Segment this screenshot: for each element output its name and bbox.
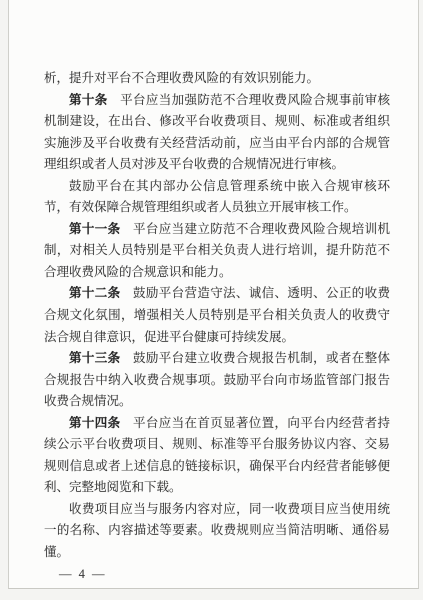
paragraph-article-14: 第十四条平台应当在首页显著位置，向平台内经营者持续公示平台收费项目、规则、标准等… [44,413,390,499]
paragraph-continuation: 析，提升对平台不合理收费风险的有效识别能力。 [44,68,390,90]
article-number-label: 第十条 [69,93,108,107]
document-body: 析，提升对平台不合理收费风险的有效识别能力。 第十条平台应当加强防范不合理收费风… [44,68,390,586]
paragraph-text: 收费项目应当与服务内容对应，同一收费项目应当使用统一的名称、内容描述等要素。收费… [44,502,390,559]
paragraph-article-13: 第十三条鼓励平台建立收费合规报告机制，或者在整体合规报告中纳入收费合规事项。鼓励… [44,348,390,413]
article-number-label: 第十二条 [69,286,120,300]
scanned-document: 析，提升对平台不合理收费风险的有效识别能力。 第十条平台应当加强防范不合理收费风… [0,0,423,600]
paragraph-article-10: 第十条平台应当加强防范不合理收费风险合规事前审核机制建设，在出台、修改平台收费项… [44,90,390,176]
article-number-label: 第十三条 [69,351,120,365]
paragraph-article-11: 第十一条平台应当建立防范不合理收费风险合规培训机制，对相关人员特别是平台相关负责… [44,219,390,284]
paragraph-text: 析，提升对平台不合理收费风险的有效识别能力。 [44,71,319,85]
paragraph-text: 鼓励平台在其内部办公信息管理系统中嵌入合规审核环节，有效保障合规管理组织或者人员… [44,179,390,215]
paragraph-article-12: 第十二条鼓励平台营造守法、诚信、透明、公正的收费合规文化氛围，增强相关人员特别是… [44,283,390,348]
page-number: — 4 — [44,564,390,586]
paragraph-fee-items: 收费项目应当与服务内容对应，同一收费项目应当使用统一的名称、内容描述等要素。收费… [44,499,390,564]
article-number-label: 第十一条 [69,222,120,236]
article-number-label: 第十四条 [69,416,120,430]
paragraph-encourage-audit: 鼓励平台在其内部办公信息管理系统中嵌入合规审核环节，有效保障合规管理组织或者人员… [44,176,390,219]
document-page: 析，提升对平台不合理收费风险的有效识别能力。 第十条平台应当加强防范不合理收费风… [8,0,419,589]
